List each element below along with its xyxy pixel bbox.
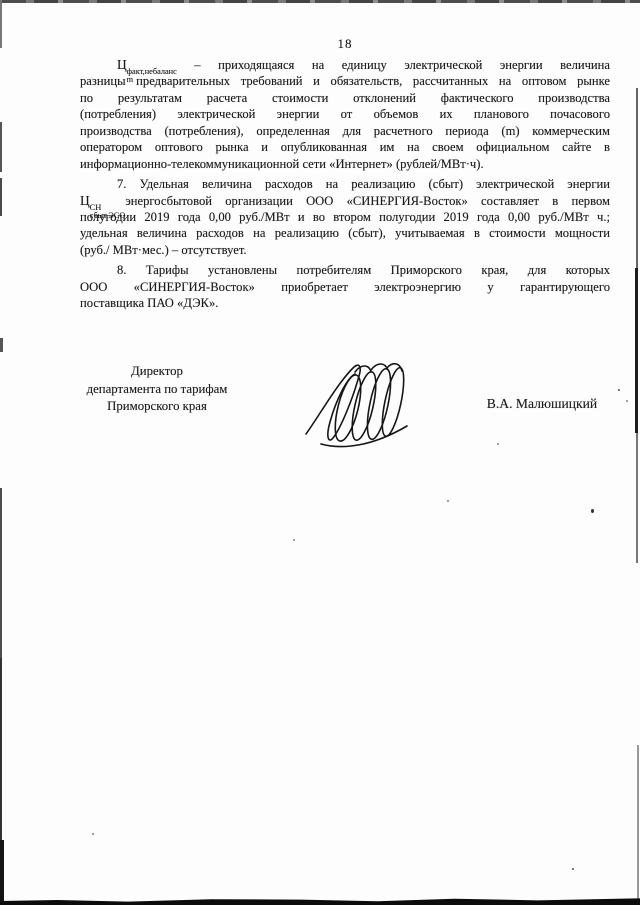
scan-artifact-right-edge — [636, 88, 638, 268]
scan-artifact-left-edge — [0, 338, 3, 352]
scan-artifact-left-edge — [0, 658, 2, 843]
scan-artifact-bottom-edge — [0, 896, 640, 905]
scan-artifact-left-edge — [0, 840, 4, 905]
text-line: ЦСНсбыт,ЭСОэнергосбытовой организации ОО… — [80, 193, 610, 209]
page-number: 18 — [80, 36, 610, 52]
scan-artifact-left-edge — [0, 0, 2, 48]
scan-artifact-right-edge — [635, 268, 638, 433]
text-line: Цфакт,небалансm – приходящаяся на единиц… — [80, 57, 610, 73]
text-line: оператором оптового рынка и опубликованн… — [80, 139, 610, 155]
noise-speck — [92, 833, 94, 835]
text-line: разницы предварительных требований и обя… — [80, 73, 610, 89]
document-body: Цфакт,небалансm – приходящаяся на единиц… — [80, 57, 610, 312]
scan-artifact-right-edge — [637, 745, 639, 905]
scan-artifact-left-edge — [0, 488, 2, 658]
text-line: 7. Удельная величина расходов на реализа… — [80, 176, 610, 192]
noise-speck — [447, 500, 449, 502]
paragraph: 8. Тарифы установлены потребителям Примо… — [80, 262, 610, 311]
text-line: (руб./ МВт·мес.) – отсутствует. — [80, 242, 610, 258]
text-line: (потребления) электрической энергии от о… — [80, 106, 610, 122]
text-line: производства (потребления), определенная… — [80, 123, 610, 139]
scan-artifact-left-edge — [0, 178, 2, 216]
text-line: 8. Тарифы установлены потребителям Примо… — [80, 262, 610, 278]
text-line: полугодии 2019 года 0,00 руб./МВт и во в… — [80, 209, 610, 225]
noise-speck — [626, 400, 628, 402]
text-line: удельная величина расходов на реализацию… — [80, 225, 610, 241]
signature-stroke — [303, 358, 418, 448]
signature-title-line: департамента по тарифам — [72, 381, 242, 399]
scan-artifact-left-edge — [0, 122, 2, 172]
signature-title-line: Приморского края — [72, 398, 242, 416]
paragraph-indent — [80, 68, 117, 69]
scan-artifact-top-edge — [0, 0, 640, 3]
text-line: поставщика ПАО «ДЭК». — [80, 295, 610, 311]
paragraph: 7. Удельная величина расходов на реализа… — [80, 176, 610, 258]
noise-speck — [497, 443, 499, 445]
scan-artifact-right-edge — [636, 433, 638, 563]
text-line: ООО «СИНЕРГИЯ-Восток» приобретает электр… — [80, 279, 610, 295]
paragraph-indent — [80, 187, 117, 188]
signature-title-block: Директордепартамента по тарифамПриморско… — [72, 363, 242, 416]
tariff-formula-symbol: ЦСНсбыт,ЭСО — [80, 194, 125, 208]
noise-speck — [591, 509, 594, 513]
noise-speck — [618, 389, 620, 391]
text-line: информационно-телекоммуникационной сети … — [80, 156, 610, 172]
noise-speck — [293, 539, 295, 541]
scanned-page: 18 Цфакт,небалансm – приходящаяся на еди… — [0, 0, 640, 905]
text-line: по результатам расчета стоимости отклоне… — [80, 90, 610, 106]
paragraph: Цфакт,небалансm – приходящаяся на единиц… — [80, 57, 610, 172]
signature-title-line: Директор — [72, 363, 242, 381]
tariff-formula-symbol: Цфакт,небалансm — [117, 58, 177, 72]
paragraph-indent — [80, 273, 117, 274]
signee-name: В.А. Малюшицкий — [462, 396, 622, 412]
noise-speck — [572, 868, 574, 870]
